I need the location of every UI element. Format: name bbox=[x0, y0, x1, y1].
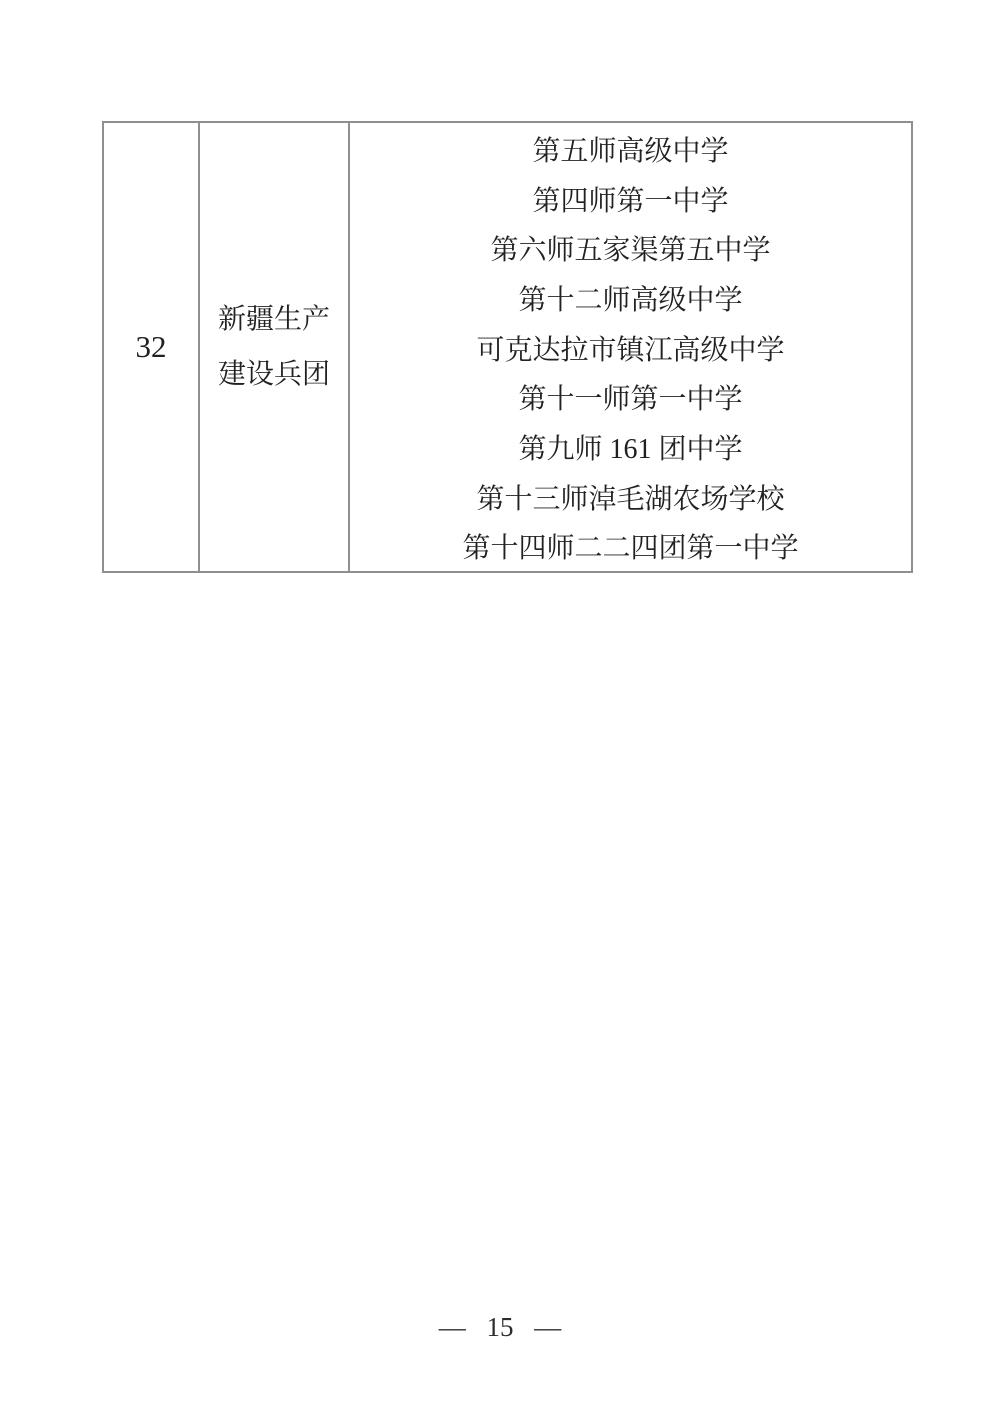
school-name: 第五师高级中学 bbox=[350, 124, 911, 174]
schools-cell: 第五师高级中学 第四师第一中学 第六师五家渠第五中学 第十二师高级中学 可克达拉… bbox=[350, 123, 911, 571]
school-name: 第十三师淖毛湖农场学校 bbox=[350, 472, 911, 522]
school-name: 第十二师高级中学 bbox=[350, 273, 911, 323]
school-name: 第九师 161 团中学 bbox=[350, 422, 911, 472]
page-number: — 15 — bbox=[439, 1312, 562, 1342]
school-name: 第四师第一中学 bbox=[350, 174, 911, 224]
region-cell: 新疆生产 建设兵团 bbox=[200, 123, 350, 571]
school-name: 第六师五家渠第五中学 bbox=[350, 223, 911, 273]
row-number-cell: 32 bbox=[104, 123, 200, 571]
school-name: 可克达拉市镇江高级中学 bbox=[350, 323, 911, 373]
document-page: { "table": { "row": { "index": "32", "re… bbox=[0, 0, 1000, 1414]
page-footer: — 15 — bbox=[0, 1312, 1000, 1342]
row-number: 32 bbox=[136, 329, 167, 365]
school-table: 32 新疆生产 建设兵团 第五师高级中学 第四师第一中学 第六师五家渠第五中学 … bbox=[102, 121, 913, 573]
school-name: 第十四师二二四团第一中学 bbox=[350, 521, 911, 571]
region-line-1: 新疆生产 bbox=[218, 292, 330, 347]
region-line-2: 建设兵团 bbox=[218, 347, 330, 402]
school-name: 第十一师第一中学 bbox=[350, 372, 911, 422]
